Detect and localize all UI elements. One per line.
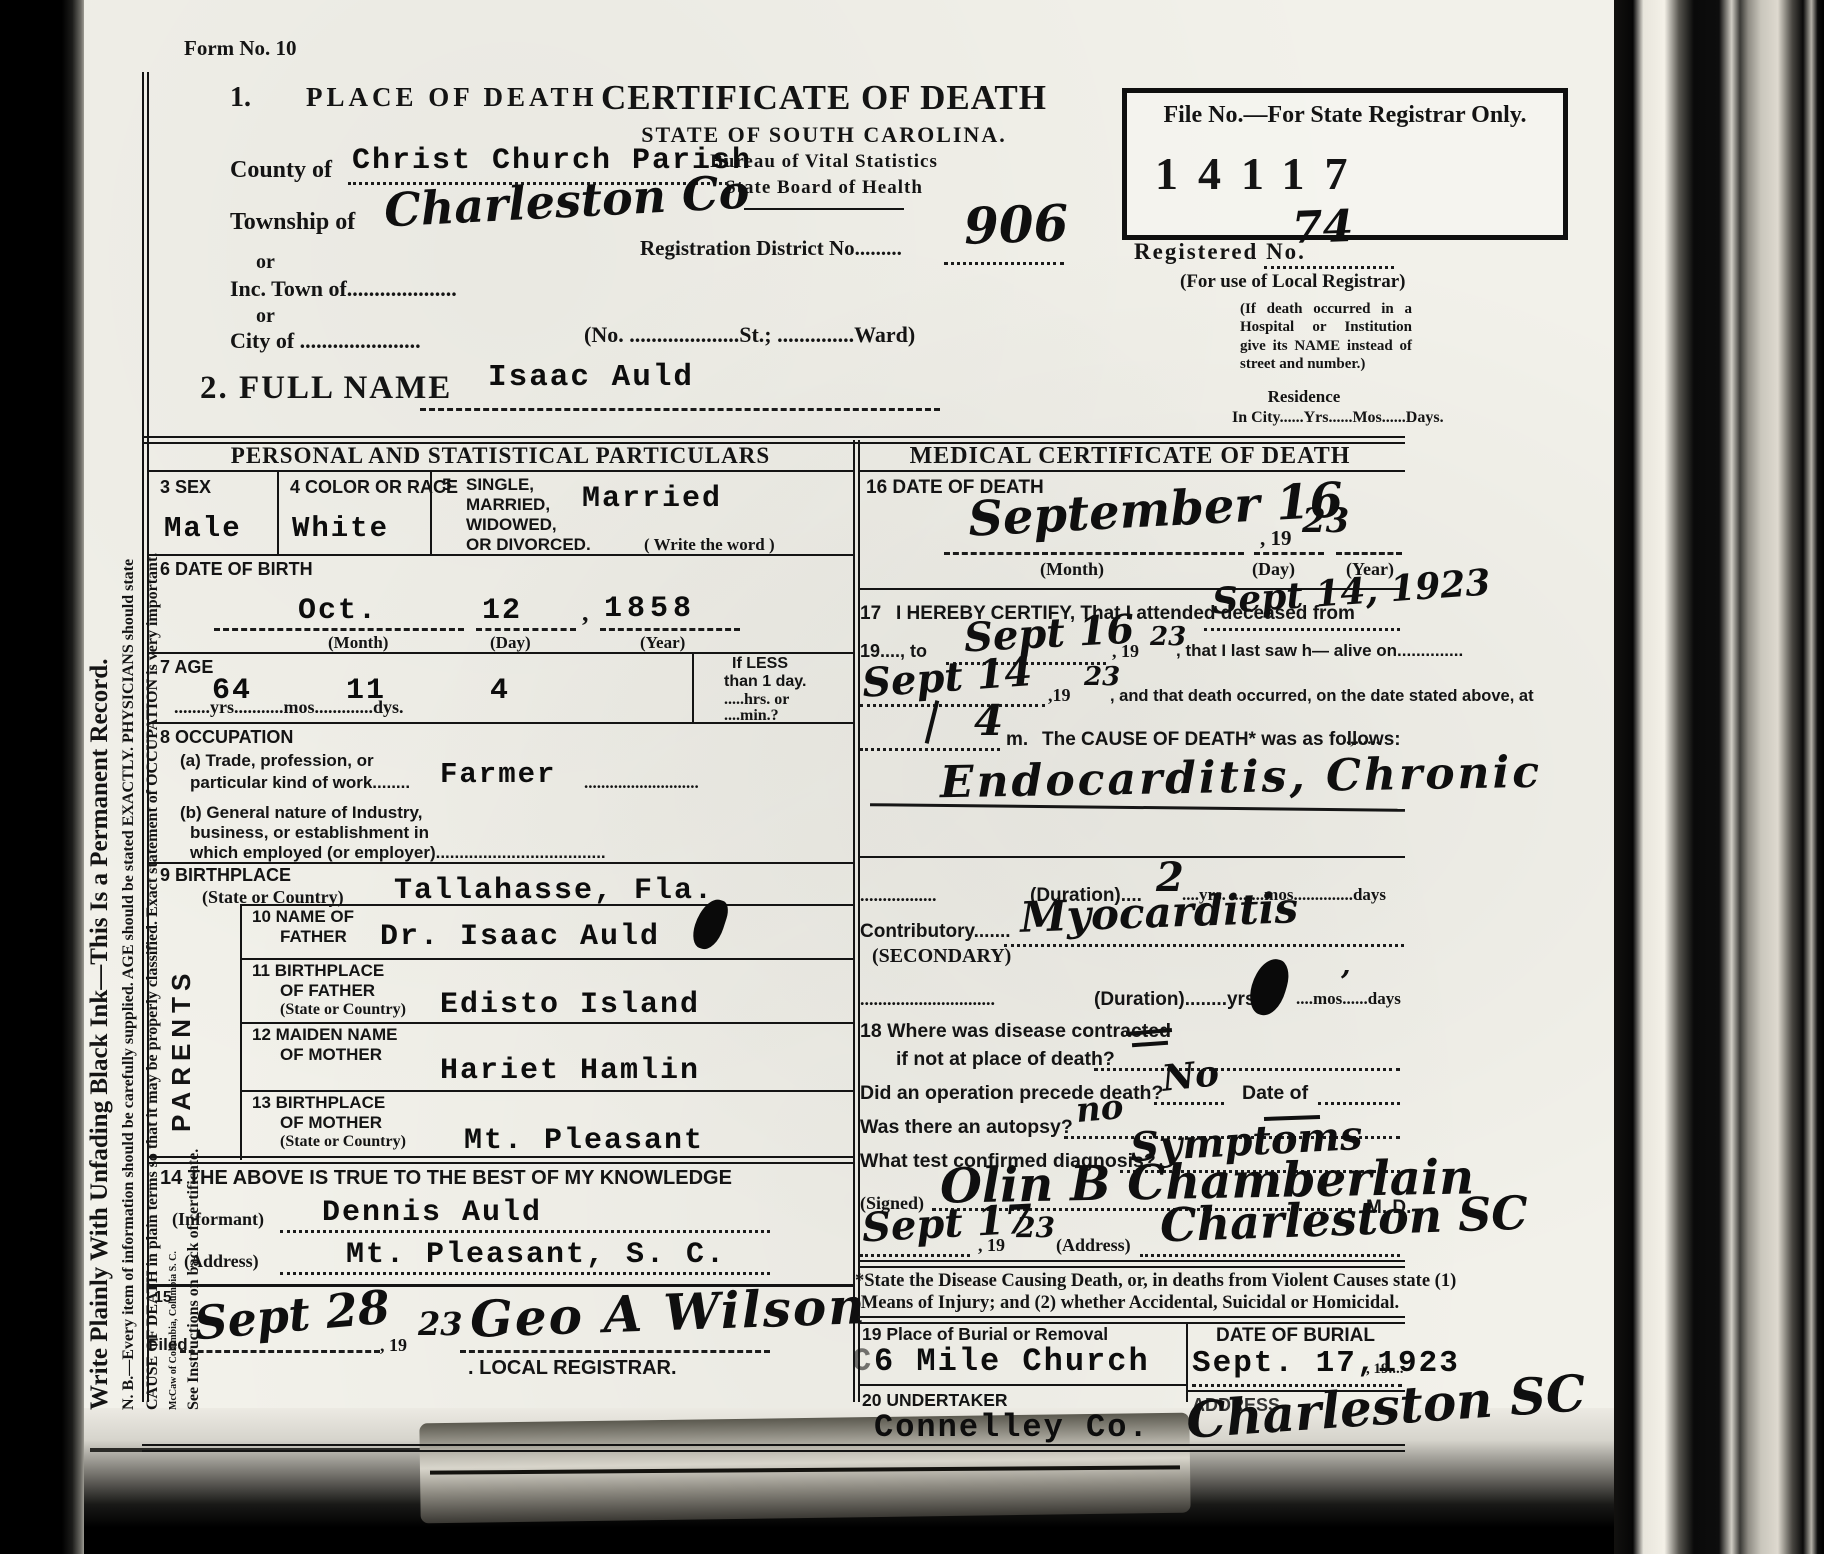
sign-address-leader <box>1140 1254 1400 1257</box>
parents-rule-2 <box>240 1022 853 1024</box>
place-of-death-heading: PLACE OF DEATH <box>306 84 598 111</box>
registered-no-label: Registered No. <box>1134 240 1306 263</box>
footnote-line1: *State the Disease Causing Death, or, in… <box>855 1272 1405 1291</box>
township-label: Township of <box>230 210 355 234</box>
informant-address-value: Mt. Pleasant, S. C. <box>346 1240 726 1270</box>
township-value: Charleston Co <box>383 168 750 233</box>
local-registrar-signature: Geo A Wilson <box>469 1281 867 1345</box>
dod-month-caption: (Month) <box>1040 560 1104 578</box>
dob-year-caption: (Year) <box>640 634 685 651</box>
dob-comma: , <box>582 600 589 626</box>
age-less-line3: .....hrs. or <box>724 692 789 708</box>
parents-vertical-label: PARENTS <box>168 968 194 1132</box>
date-of-death-year: 23 <box>1302 504 1349 538</box>
medical-certificate-heading: MEDICAL CERTIFICATE OF DEATH <box>855 444 1405 468</box>
marital-label-4: OR DIVORCED. <box>466 536 591 553</box>
row-rule-4 <box>148 862 853 864</box>
parents-rule-3 <box>240 1090 853 1092</box>
left-heading-rule <box>148 470 853 472</box>
dob-label: 6 DATE OF BIRTH <box>160 560 313 578</box>
filed-year-value: 23 <box>418 1308 463 1340</box>
dob-day-leader <box>476 628 576 631</box>
contributory-value: Myocarditis <box>1019 887 1298 939</box>
dod-year-leader <box>1336 552 1402 555</box>
marital-value: Married <box>582 484 722 514</box>
sex-value: Male <box>164 514 242 543</box>
birthplace-label: 9 BIRTHPLACE <box>160 866 291 884</box>
row-rule-3 <box>148 722 853 724</box>
cause-of-death-value: Endocarditis, Chronic <box>940 751 1543 806</box>
race-label: 4 COLOR OR RACE <box>290 478 458 496</box>
dob-year-leader <box>600 628 740 631</box>
occupation-a-line1: (a) Trade, profession, or <box>180 752 374 769</box>
section15-number: 15 <box>154 1290 172 1306</box>
registered-no-leader <box>1264 266 1394 269</box>
marital-number: 5 <box>442 476 451 493</box>
parents-top-rule <box>240 904 853 906</box>
duration2-label: (Duration)........yrs. <box>1094 990 1261 1009</box>
informant-value: Dennis Auld <box>322 1198 542 1228</box>
mother-birthplace-label-1: 13 BIRTHPLACE <box>252 1094 385 1111</box>
form-bottom-rule <box>142 1444 1405 1452</box>
birthplace-value: Tallahasse, Fla. <box>394 876 714 906</box>
sign-address-label: (Address) <box>1056 1236 1131 1254</box>
file-box-title: File No.—For State Registrar Only. <box>1127 103 1563 127</box>
file-number: 14117 <box>1155 151 1367 197</box>
mother-label-1: 12 MAIDEN NAME <box>252 1026 397 1043</box>
registration-district-label: Registration District No......... <box>640 238 902 259</box>
sign-date-value: Sept 17 <box>861 1200 1033 1249</box>
burial-place-value: 6 Mile Church <box>874 1346 1150 1378</box>
section18-line1: 18 Where was disease contracted <box>860 1022 1171 1042</box>
age-days-value: 4 <box>490 676 510 706</box>
autopsy-label: Was there an autopsy? <box>860 1118 1073 1138</box>
registered-no-note: (For use of Local Registrar) <box>1180 272 1405 291</box>
dob-month-leader <box>214 628 464 631</box>
sign-date-leader <box>860 1254 970 1257</box>
county-label: County of <box>230 158 332 182</box>
marital-note: ( Write the word ) <box>644 536 775 553</box>
duration1-dots: ................. <box>860 886 937 904</box>
full-name-label: 2. FULL NAME <box>200 372 452 405</box>
occupation-b-line3: which employed (or employer)............… <box>190 844 606 861</box>
date-of-death-19: , 19 <box>1260 528 1292 549</box>
sign-year-value: 23 <box>1016 1214 1055 1242</box>
contributory-leader <box>1004 944 1404 947</box>
cause-blank-rule <box>858 856 1405 858</box>
duration2-dots: .............................. <box>860 990 995 1008</box>
sign-address-value: Charleston SC <box>1159 1190 1528 1249</box>
section1-number: 1. <box>230 84 251 112</box>
dob-day-caption: (Day) <box>490 634 531 651</box>
occupation-a-line2: particular kind of work........ <box>190 774 410 791</box>
burial-date-19: , 19.... <box>1366 1362 1404 1377</box>
parents-left-rule <box>240 904 242 1160</box>
full-name-value: Isaac Auld <box>488 362 694 393</box>
attended-from-leader <box>1204 628 1400 631</box>
section18-line2: if not at place of death? <box>896 1050 1115 1070</box>
full-name-leader <box>420 408 940 411</box>
occupation-b-line1: (b) General nature of Industry, <box>180 804 422 821</box>
dob-month-value: Oct. <box>298 596 378 626</box>
or-label-2: or <box>256 306 275 326</box>
or-label-1: or <box>256 252 275 272</box>
age-less-line2: than 1 day. <box>724 674 806 690</box>
operation-leader <box>1154 1102 1224 1105</box>
form-number: Form No. 10 <box>184 38 297 59</box>
registration-district-value: 906 <box>963 198 1069 252</box>
autopsy-value: no <box>1075 1090 1125 1128</box>
line2-19: , 19 <box>1112 642 1139 660</box>
inc-town-label: Inc. Town of.................... <box>230 278 457 300</box>
registrar-leader <box>460 1350 770 1353</box>
state-line: STATE OF SOUTH CAROLINA. <box>564 124 1084 146</box>
parents-bottom-rule <box>148 1156 853 1164</box>
secondary-label: (SECONDARY) <box>872 946 1011 966</box>
personal-particulars-heading: PERSONAL AND STATISTICAL PARTICULARS <box>148 444 853 467</box>
form-layer: Form No. 10 1. PLACE OF DEATH CERTIFICAT… <box>84 0 1614 1412</box>
filed-leader <box>180 1350 380 1353</box>
board-underline <box>744 208 904 210</box>
contributory-label: Contributory....... <box>860 922 1011 941</box>
cause-intro-dots: .,...... <box>1346 730 1380 747</box>
informant-address-leader <box>280 1272 770 1275</box>
street-line: (No. ....................St.; ..........… <box>584 324 915 346</box>
certificate-title: CERTIFICATE OF DEATH <box>564 80 1084 115</box>
registration-district-leader <box>944 262 1064 265</box>
residence-line: In City......Yrs......Mos......Days. <box>1232 410 1444 426</box>
age-units-line: ........yrs...........mos.............dy… <box>174 698 404 716</box>
age-label: 7 AGE <box>160 658 213 676</box>
section17-number: 17 <box>860 604 881 623</box>
scanned-death-certificate: Write Plainly With Unfading Black Ink—Th… <box>0 0 1824 1554</box>
father-value: Dr. Isaac Auld <box>380 922 660 952</box>
burial-place-stray-mark: C <box>852 1346 873 1378</box>
father-birthplace-note: (State or Country) <box>280 1002 406 1018</box>
mother-birthplace-note: (State or Country) <box>280 1134 406 1150</box>
burial-place-rule <box>858 1384 1186 1386</box>
city-label: City of ...................... <box>230 330 421 352</box>
informant-address-label: (Address) <box>184 1252 259 1270</box>
marital-label-1: SINGLE, <box>466 476 534 493</box>
hour-leader <box>860 748 1000 751</box>
occupation-label: 8 OCCUPATION <box>160 728 293 746</box>
father-label-1: 10 NAME OF <box>252 908 354 925</box>
row-rule-2 <box>148 652 853 654</box>
occupation-value: Farmer <box>440 760 556 789</box>
operation-value: No <box>1160 1055 1220 1097</box>
scan-edge-right <box>1614 0 1824 1554</box>
undertaker-label: 20 UNDERTAKER <box>862 1392 1008 1410</box>
residence-label: Residence <box>1204 388 1404 405</box>
filed-19-printed: , 19 <box>380 1336 407 1354</box>
operation-date-label: Date of <box>1242 1084 1308 1104</box>
sex-color-divider <box>277 470 279 554</box>
line3-post: , and that death occurred, on the date s… <box>1110 688 1534 705</box>
local-registrar-label: . LOCAL REGISTRAR. <box>468 1358 677 1378</box>
marital-label-3: WIDOWED, <box>466 516 557 533</box>
duration2-mark: ’ <box>1340 968 1350 998</box>
section14-label: 14 THE ABOVE IS TRUE TO THE BEST OF MY K… <box>160 1168 732 1188</box>
line2-post: , that I last saw h— alive on...........… <box>1176 642 1463 659</box>
hour-value: 4 <box>974 700 1003 742</box>
row-rule-1 <box>148 554 853 556</box>
last-saw-leader <box>860 704 1045 707</box>
dod-day-leader <box>1254 552 1324 555</box>
informant-leader <box>280 1230 770 1233</box>
m-label: m. <box>1006 730 1028 749</box>
scan-edge-left <box>0 0 86 1554</box>
operation-date-leader <box>1318 1102 1400 1105</box>
line3-19: ,19 <box>1048 686 1071 704</box>
burial-date-label: DATE OF BURIAL <box>1186 1326 1405 1345</box>
registered-no-value: 74 <box>1291 205 1354 251</box>
form-left-rule <box>142 72 149 1402</box>
father-birthplace-label-2: OF FATHER <box>280 982 375 999</box>
occupation-a-leader: ........................... <box>584 774 699 791</box>
undertaker-value: Connelley Co. <box>874 1412 1150 1444</box>
footnote-bottom-rule <box>858 1316 1405 1324</box>
burial-place-label: 19 Place of Burial or Removal <box>862 1326 1108 1344</box>
parents-rule-1 <box>240 958 853 960</box>
right-heading-rule <box>858 470 1405 472</box>
sex-label: 3 SEX <box>160 478 211 496</box>
sign-19-printed: , 19 <box>978 1236 1005 1254</box>
mother-birthplace-value: Mt. Pleasant <box>464 1126 704 1156</box>
sign-bottom-rule <box>858 1260 1405 1268</box>
contracted-leader <box>1094 1068 1400 1071</box>
mother-value: Hariet Hamlin <box>440 1056 700 1086</box>
dob-month-caption: (Month) <box>328 634 388 651</box>
age-less-line1: If LESS <box>732 656 788 672</box>
mother-birthplace-label-2: OF MOTHER <box>280 1114 382 1131</box>
father-birthplace-label-1: 11 BIRTHPLACE <box>252 962 384 979</box>
last-saw-value: Sept 14 <box>861 652 1034 704</box>
race-value: White <box>292 514 389 543</box>
age-less-divider <box>692 652 694 722</box>
footnote-line2: Means of Injury; and (2) whether Acciden… <box>855 1294 1405 1313</box>
father-birthplace-value: Edisto Island <box>440 990 700 1020</box>
informant-label: (Informant) <box>172 1210 264 1228</box>
column-divider <box>853 440 860 1402</box>
occupation-b-line2: business, or establishment in <box>190 824 429 841</box>
dob-day-value: 12 <box>482 596 522 626</box>
filed-date-value: Sept 28 <box>192 1284 391 1347</box>
dod-month-leader <box>944 552 1244 555</box>
dob-year-value: 1858 <box>604 594 696 624</box>
mother-label-2: OF MOTHER <box>280 1046 382 1063</box>
marital-label-2: MARRIED, <box>466 496 550 513</box>
father-label-2: FATHER <box>280 928 347 945</box>
hospital-note: (If death occurred in a Hospital or In­s… <box>1240 300 1412 373</box>
